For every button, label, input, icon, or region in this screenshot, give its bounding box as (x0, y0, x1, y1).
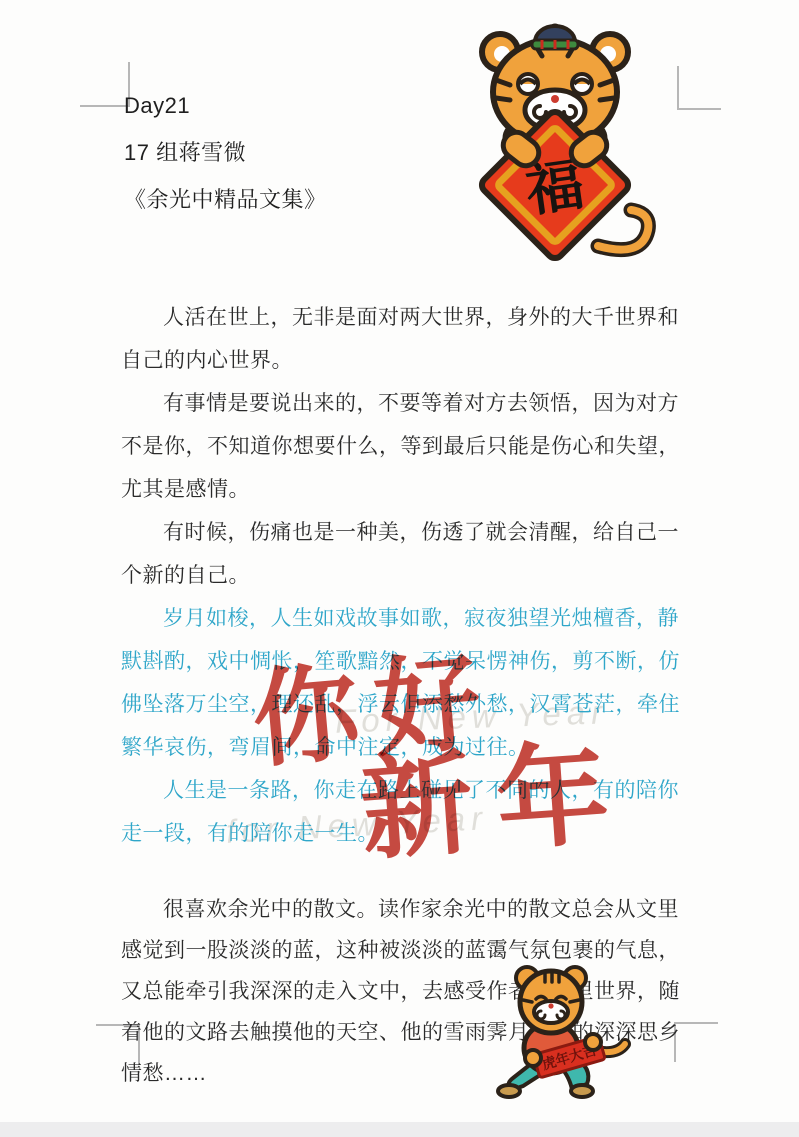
paragraph-1: 人活在世上，无非是面对两大世界，身外的大千世界和自己的内心世界。 (121, 296, 687, 382)
paragraph-3: 有时候，伤痛也是一种美，伤透了就会清醒，给自己一个新的自己。 (121, 511, 687, 597)
tiger-fu-illustration: 福 (450, 22, 662, 274)
tiger2-shoe-front (498, 1085, 520, 1097)
tiger2-paw-left (525, 1050, 541, 1066)
new-year-stamp-line-2: 新年 (355, 703, 638, 883)
header-day-label: Day21 (124, 92, 327, 119)
tiger-nose (551, 95, 559, 103)
page-corner-mark-top-left (80, 62, 130, 107)
header-book-title: 《余光中精品文集》 (124, 186, 327, 213)
tiger2-shoe-back (571, 1085, 593, 1097)
document-header: Day21 17 组蒋雪微 《余光中精品文集》 (124, 92, 327, 233)
photo-edge-strip (0, 1122, 799, 1137)
tiger2-nose (548, 1003, 553, 1008)
document-page: Day21 17 组蒋雪微 《余光中精品文集》 (0, 0, 799, 1137)
paragraph-2: 有事情是要说出来的，不要等着对方去领悟，因为对方不是你，不知道你想要什么，等到最… (121, 382, 687, 511)
tiger-banner-illustration: 虎年大吉 (481, 960, 639, 1110)
page-corner-mark-top-right (677, 66, 721, 110)
header-author-line: 17 组蒋雪微 (124, 139, 327, 166)
tiger2-paw-right (585, 1034, 601, 1050)
